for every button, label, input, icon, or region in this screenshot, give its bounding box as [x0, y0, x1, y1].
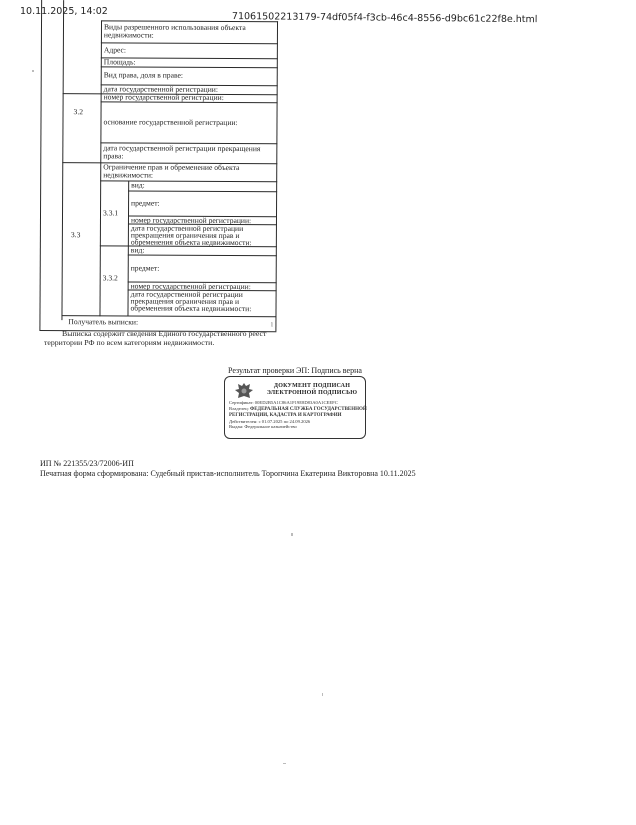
print-form-note: Печатная форма сформирована: Судебный пр… [40, 469, 416, 479]
table-border-label-col [99, 20, 102, 316]
row-reg-basis: основание государственной регистрации: [103, 118, 237, 127]
row-reg-number: номер государственной регистрации: [104, 93, 224, 102]
table-border-num-col [61, 0, 64, 320]
right-edge-mark: 1 [270, 322, 273, 328]
scan-speck [291, 533, 293, 536]
footnote-line-2: территории РФ по всем категориям недвижи… [44, 338, 266, 347]
row-address: Адрес: [104, 46, 126, 54]
enforcement-footer: ИП № 221355/23/72006-ИП Печатная форма с… [40, 459, 416, 478]
row-termination-date-cont: права: [103, 152, 123, 160]
scan-speck [32, 70, 34, 72]
table-border-subnum-col [127, 180, 129, 316]
stamp-title: ДОКУМЕНТ ПОДПИСАН ЭЛЕКТРОННОЙ ПОДПИСЬЮ [263, 383, 361, 397]
encumbrance-2-subject: предмет: [131, 264, 160, 272]
row-right-type: Вид права, доля в праве: [104, 71, 183, 79]
coat-of-arms-icon [233, 381, 255, 401]
signature-check-result: Результат проверки ЭП: Подпись верна [228, 366, 362, 375]
row-area: Площадь: [104, 58, 136, 66]
row-termination-date: дата государственной регистрации прекращ… [103, 144, 260, 153]
section-number-3-3-1: 3.3.1 [103, 208, 118, 217]
scan-speck [322, 693, 323, 696]
owner-line: Владелец: ФЕДЕРАЛЬНАЯ СЛУЖБА ГОСУДАРСТВЕ… [229, 406, 363, 413]
encumbrance-title-cont: недвижимости: [103, 171, 153, 179]
row-permitted-use-cont: недвижимости: [104, 31, 154, 39]
stamp-details: Сертификат: 00ED2B5A1C86A1F19E8D83A0A1CE… [229, 400, 363, 430]
encumbrance-1-subject: предмет: [131, 199, 160, 207]
extract-footnote: Выписка содержит сведения Единого госуда… [44, 329, 266, 347]
owner-line-2: РЕГИСТРАЦИИ, КАДАСТРА И КАРТОГРАФИИ [229, 413, 341, 418]
section-number-3-3: 3.3 [71, 230, 81, 239]
section-number-3-2: 3.2 [74, 107, 84, 116]
case-number: ИП № 221355/23/72006-ИП [40, 459, 416, 469]
recipient-label: Получатель выписки: [68, 318, 138, 326]
table-border-left [39, 0, 42, 330]
encumbrance-2-end-date-3: обременения объекта недвижимости: [130, 304, 251, 313]
extract-table: Виды разрешенного использования объекта … [38, 25, 280, 336]
section-number-3-3-2: 3.3.2 [103, 273, 118, 282]
encumbrance-1-type: вид: [131, 181, 145, 189]
scan-speck [283, 763, 286, 764]
e-signature-stamp: ДОКУМЕНТ ПОДПИСАН ЭЛЕКТРОННОЙ ПОДПИСЬЮ С… [224, 376, 366, 439]
footnote-line-1: Выписка содержит сведения Единого госуда… [44, 329, 266, 338]
encumbrance-1-end-date-3: обременения объекта недвижимости: [131, 238, 252, 247]
encumbrance-2-type: вид: [131, 246, 145, 254]
issuer-line: Выдан: Федеральное казначейство [229, 424, 363, 430]
